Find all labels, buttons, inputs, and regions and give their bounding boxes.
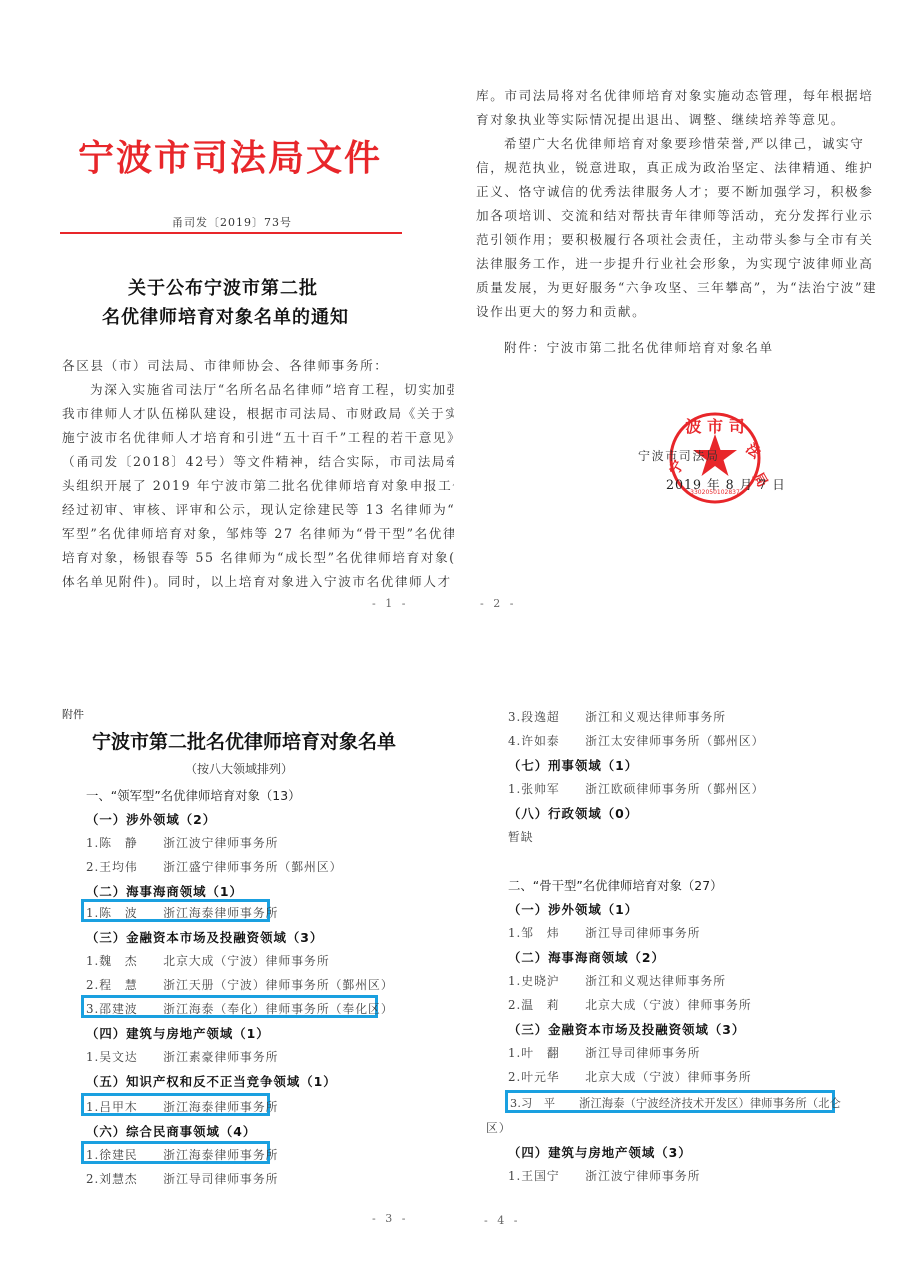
- red-header-title: 宁波市司法局文件: [78, 130, 382, 181]
- category-heading: （一）涉外领域（2）: [86, 810, 216, 828]
- category-heading: （八）行政领域（0）: [508, 804, 638, 822]
- body-line: 质量发展，为更好服务“六争攻坚、三年攀高”，为“法治宁波”建: [476, 280, 877, 296]
- body-line: 正义、恪守诚信的优秀法律服务人才；要不断加强学习，积极参: [476, 184, 873, 200]
- signature-date: 2019 年 8 月 7 日: [666, 474, 786, 493]
- body-line: 体名单见附件)。同时，以上培育对象进入宁波市名优律师人才: [62, 574, 452, 590]
- list-item-highlighted: 1.陈 波浙江海泰律师事务所: [86, 904, 278, 921]
- body-line: 加各项培训、交流和结对帮扶青年律师等活动，充分发挥行业示: [476, 208, 873, 224]
- category-heading: （六）综合民商事领域（4）: [86, 1122, 256, 1140]
- list-item-highlighted: 3.邵建波浙江海泰（奉化）律师事务所（奉化区）: [86, 1000, 394, 1017]
- attachment-note: 附件：宁波市第二批名优律师培育对象名单: [504, 340, 774, 356]
- category-heading: （四）建筑与房地产领域（3）: [508, 1143, 692, 1161]
- category-heading: （四）建筑与房地产领域（1）: [86, 1024, 270, 1042]
- list-item: 1.叶 翻浙江导司律师事务所: [508, 1044, 700, 1061]
- notice-title-line-2: 名优律师培育对象名单的通知: [102, 303, 349, 329]
- list-item-highlighted: 3.习 平浙江海泰（宁波经济技术开发区）律师事务所（北仑: [510, 1095, 841, 1111]
- section-heading: 二、“骨干型”名优律师培育对象（27）: [508, 876, 722, 894]
- list-item: 2.程 慧浙江天册（宁波）律师事务所（鄞州区）: [86, 976, 394, 993]
- body-line: 库。市司法局将对名优律师培育对象实施动态管理，每年根据培: [476, 88, 873, 104]
- list-item: 1.王国宁浙江波宁律师事务所: [508, 1167, 700, 1184]
- list-item: 2.刘慧杰浙江导司律师事务所: [86, 1170, 278, 1187]
- attachment-label: 附件: [62, 706, 84, 722]
- red-divider-line: [60, 232, 402, 234]
- addressee: 各区县（市）司法局、市律师协会、各律师事务所：: [62, 358, 388, 374]
- svg-text:波 市 司: 波 市 司: [685, 417, 744, 436]
- page-number: - 4 -: [484, 1214, 520, 1227]
- page-number: - 3 -: [372, 1212, 408, 1225]
- list-item: 1.史晓沪浙江和义观达律师事务所: [508, 972, 726, 989]
- body-line: 法律服务工作，进一步提升行业社会形象，为实现宁波律师业高: [476, 256, 873, 272]
- list-item: 1.吴文达浙江素豪律师事务所: [86, 1048, 278, 1065]
- body-line: 希望广大名优律师培育对象要珍惜荣誉,严以律己，诚实守: [504, 136, 864, 152]
- category-heading: （二）海事海商领域（2）: [508, 948, 665, 966]
- empty-note: 暂缺: [508, 828, 534, 845]
- list-item: 1.邹 炜浙江导司律师事务所: [508, 924, 700, 941]
- seal-inner-text: 宁波市司法局: [638, 448, 720, 464]
- body-line: 我市律师人才队伍梯队建设，根据市司法局、市财政局《关于实: [62, 406, 459, 422]
- page-1: 宁波市司法局文件 甬司发〔2019〕73号 关于公布宁波市第二批 名优律师培育对…: [0, 0, 453, 638]
- body-line: 经过初审、审核、评审和公示，现认定徐建民等 13 名律师为“领: [62, 502, 470, 518]
- body-line: 为深入实施省司法厅“名所名品名律师”培育工程，切实加强: [90, 382, 461, 398]
- body-line: 施宁波市名优律师人才培育和引进“五十百千”工程的若干意见》: [62, 430, 461, 446]
- list-item: 2.叶元华北京大成（宁波）律师事务所: [508, 1068, 752, 1085]
- category-heading: （三）金融资本市场及投融资领域（3）: [86, 928, 323, 946]
- page-2: 库。市司法局将对名优律师培育对象实施动态管理，每年根据培 育对象执业等实际情况提…: [454, 0, 907, 638]
- body-line: 军型”名优律师培育对象，邹炜等 27 名律师为“骨干型”名优律师: [62, 526, 471, 542]
- body-line: 头组织开展了 2019 年宁波市第二批名优律师培育对象申报工作。: [62, 478, 481, 494]
- list-item: 4.许如泰浙江太安律师事务所（鄞州区）: [508, 732, 764, 749]
- list-item: 1.张帅军浙江欧硕律师事务所（鄞州区）: [508, 780, 764, 797]
- list-subtitle: （按八大领域排列）: [185, 760, 293, 777]
- category-heading: （五）知识产权和反不正当竞争领域（1）: [86, 1072, 337, 1090]
- category-heading: （三）金融资本市场及投融资领域（3）: [508, 1020, 745, 1038]
- page-number: - 2 -: [480, 597, 516, 610]
- body-line: 信，规范执业，锐意进取，真正成为政治坚定、法律精通、维护: [476, 160, 873, 176]
- page-number: - 1 -: [372, 597, 408, 610]
- list-title: 宁波市第二批名优律师培育对象名单: [92, 727, 396, 754]
- category-heading: （一）涉外领域（1）: [508, 900, 638, 918]
- list-item: 2.温 莉北京大成（宁波）律师事务所: [508, 996, 752, 1013]
- svg-text:法: 法: [742, 440, 764, 463]
- list-item: 3.段逸超浙江和义观达律师事务所: [508, 708, 726, 725]
- body-line: 范引领作用；要积极履行各项社会责任，主动带头参与全市有关: [476, 232, 873, 248]
- list-item-highlighted: 1.吕甲木浙江海泰律师事务所: [86, 1098, 278, 1115]
- list-item: 2.王均伟浙江盛宁律师事务所（鄞州区）: [86, 858, 342, 875]
- body-line: （甬司发〔2018〕42号）等文件精神，结合实际，市司法局牵: [62, 454, 460, 470]
- category-heading: （七）刑事领域（1）: [508, 756, 638, 774]
- body-line: 设作出更大的努力和贡献。: [476, 304, 646, 320]
- body-line: 培育对象，杨银春等 55 名律师为“成长型”名优律师培育对象(具: [62, 550, 470, 566]
- list-item: 1.陈 静浙江波宁律师事务所: [86, 834, 278, 851]
- list-item-wrap: 区）: [486, 1119, 512, 1136]
- category-heading: （二）海事海商领域（1）: [86, 882, 243, 900]
- section-heading: 一、“领军型”名优律师培育对象（13）: [86, 786, 300, 804]
- body-line: 育对象执业等实际情况提出退出、调整、继续培养等意见。: [476, 112, 845, 128]
- document-number: 甬司发〔2019〕73号: [172, 214, 292, 230]
- list-item: 1.魏 杰北京大成（宁波）律师事务所: [86, 952, 330, 969]
- list-item-highlighted: 1.徐建民浙江海泰律师事务所: [86, 1146, 278, 1163]
- notice-title-line-1: 关于公布宁波市第二批: [128, 274, 318, 300]
